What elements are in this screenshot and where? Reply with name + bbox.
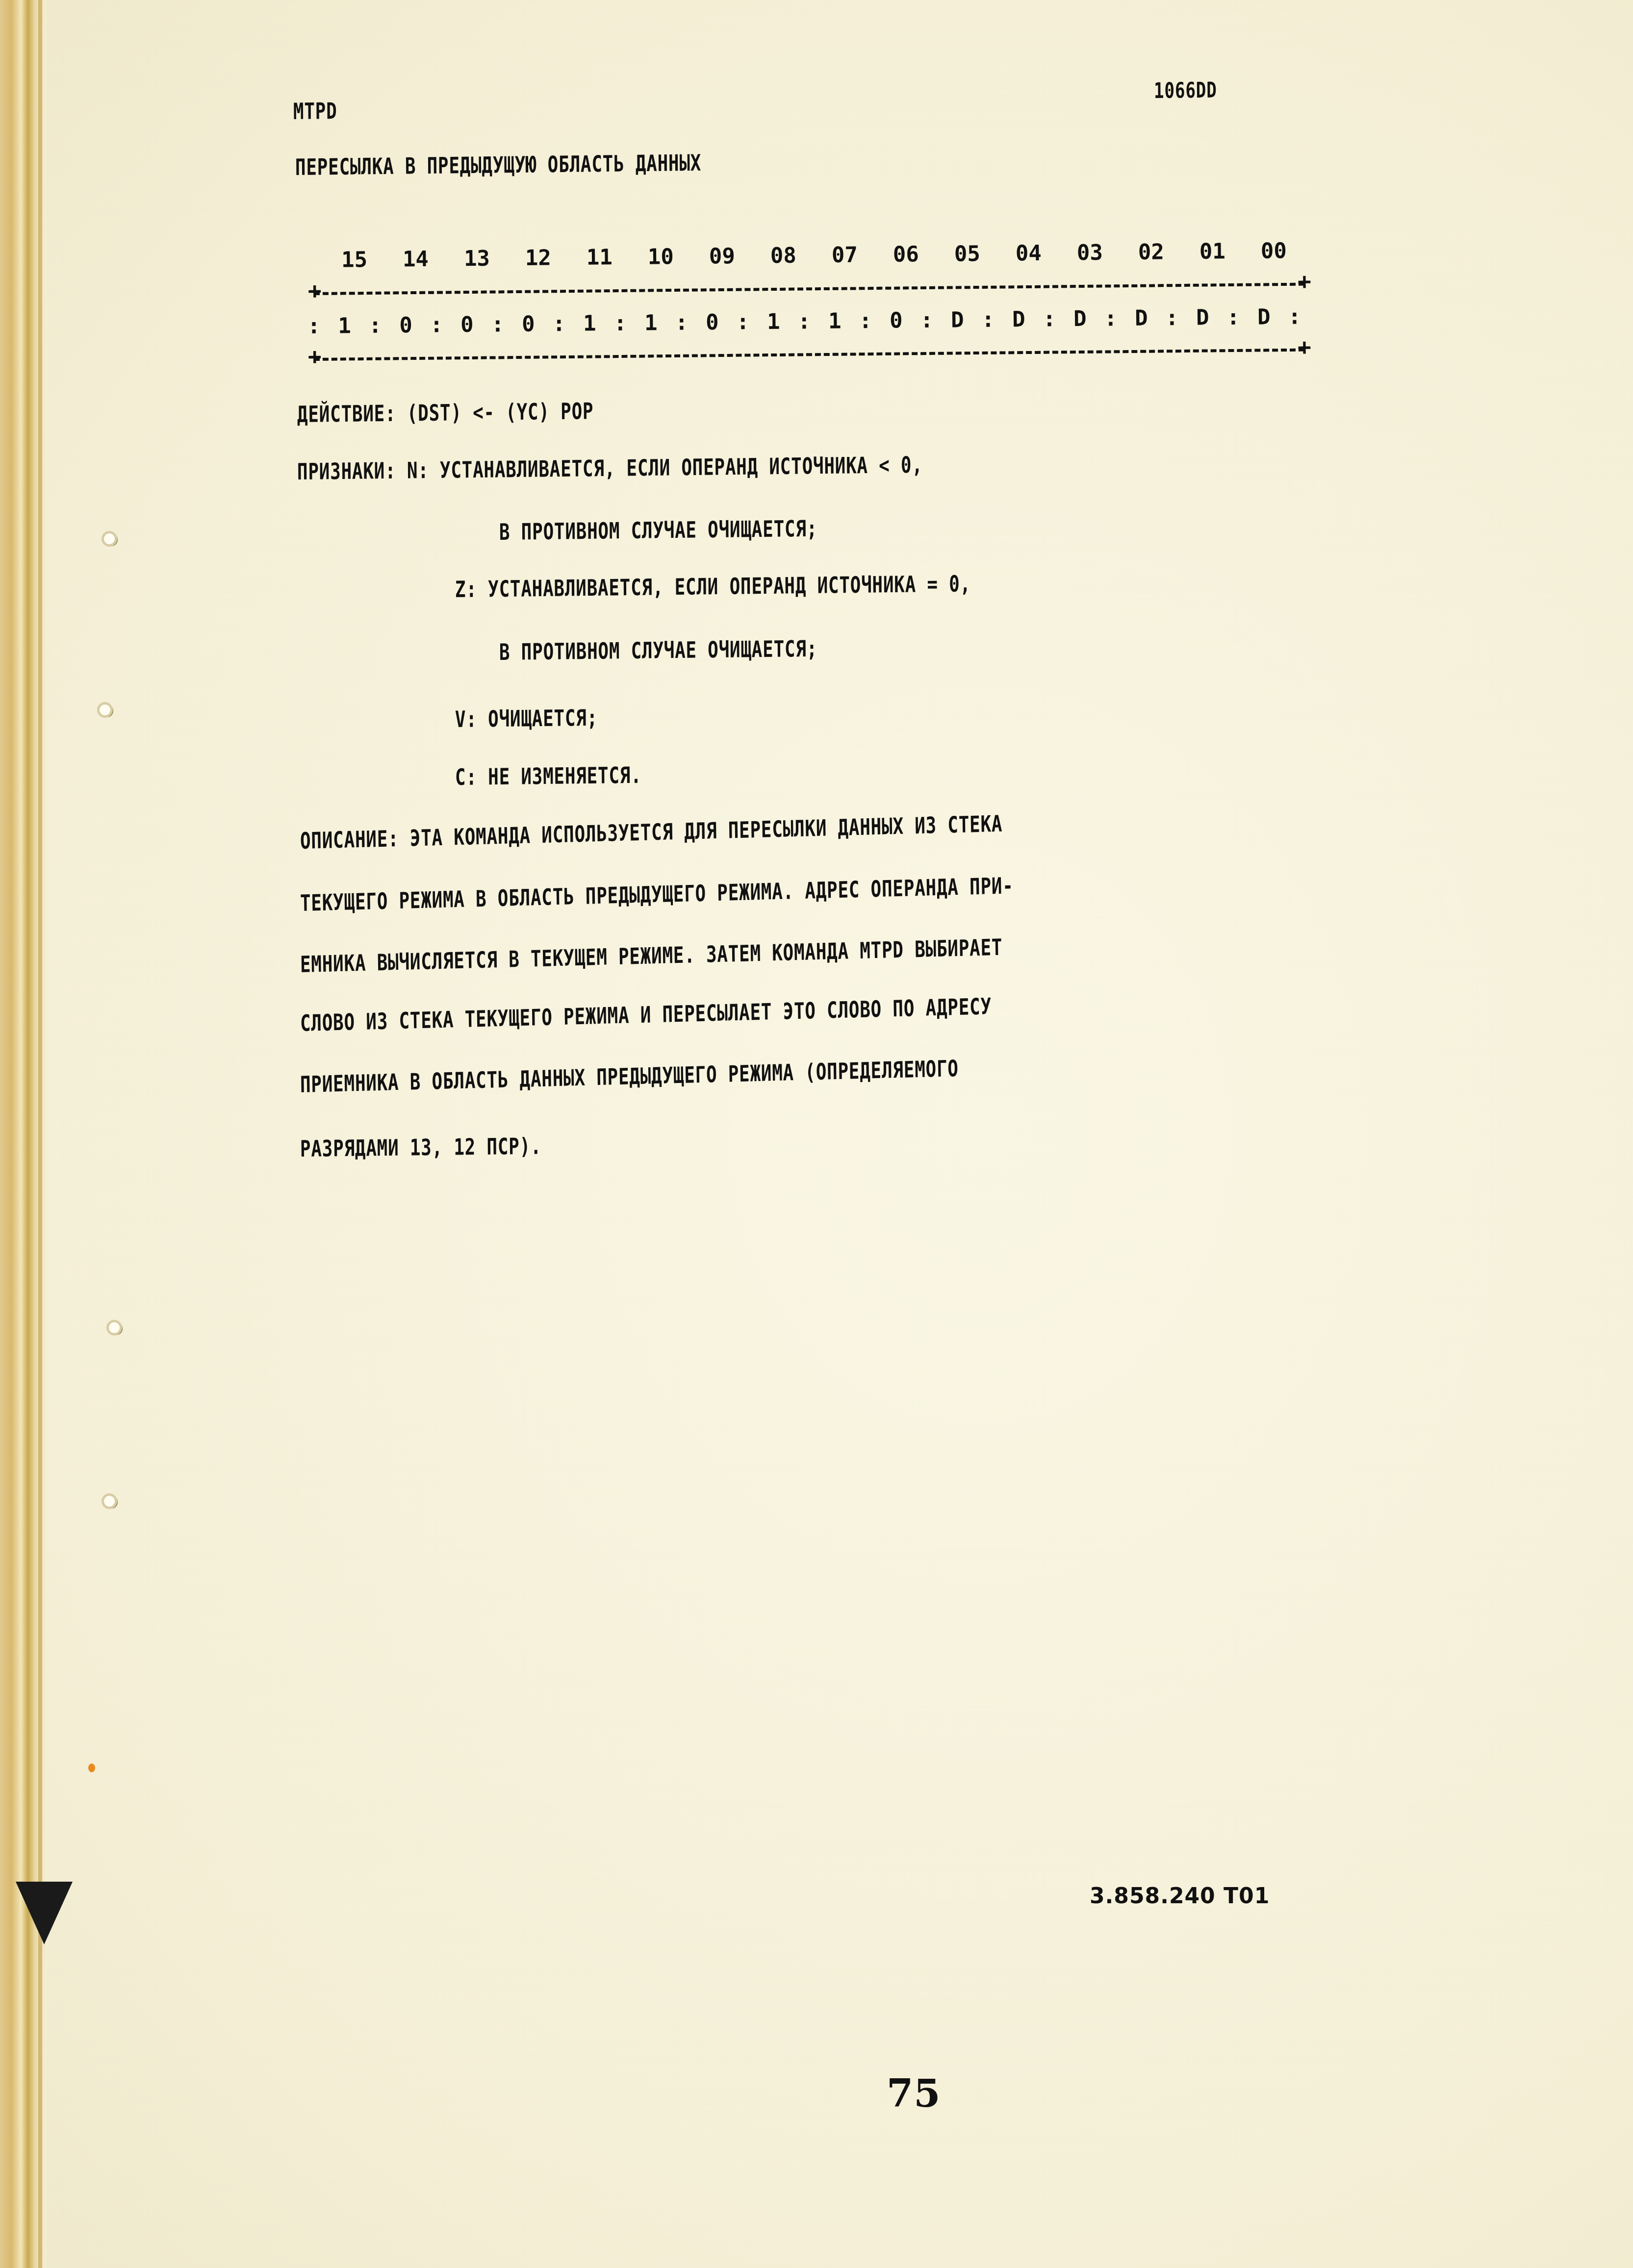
- bit-separator: :: [736, 309, 750, 334]
- bit-number: 10: [630, 244, 691, 270]
- action-label: ДЕЙСТВИЕ:: [297, 400, 396, 428]
- bit-separator: :: [1042, 306, 1057, 331]
- bit-number: 15: [324, 247, 385, 273]
- page-number: 75: [887, 2071, 941, 2116]
- bit-number: 03: [1059, 240, 1121, 265]
- punch-hole: [109, 1322, 120, 1333]
- bit-value: 1: [321, 313, 368, 339]
- page-title: ПЕРЕСЫЛКА В ПРЕДЫДУЩУЮ ОБЛАСТЬ ДАННЫХ: [295, 150, 701, 180]
- bit-separator: :: [490, 312, 505, 337]
- action-text: (DST) <- (YC) POP: [407, 398, 594, 426]
- punch-hole: [104, 533, 115, 544]
- bit-value: D: [1241, 304, 1287, 330]
- bit-number: 05: [937, 241, 998, 267]
- flag-c-text: C: НЕ ИЗМЕНЯЕТСЯ.: [455, 762, 642, 790]
- bit-number: 02: [1121, 239, 1182, 265]
- punch-hole: [100, 705, 110, 715]
- bit-value: 0: [383, 313, 429, 338]
- description-label: ОПИСАНИЕ:: [300, 825, 399, 854]
- bit-number: 04: [998, 241, 1059, 266]
- description-line-6: РАЗРЯДАМИ 13, 12 ПСР).: [300, 1133, 542, 1162]
- bit-separator: :: [429, 312, 444, 337]
- mnemonic: MTPD: [293, 98, 337, 125]
- bit-value: D: [1179, 305, 1226, 330]
- flag-z-cont: В ПРОТИВНОМ СЛУЧАЕ ОЧИЩАЕТСЯ;: [499, 635, 817, 665]
- punch-hole: [104, 1496, 115, 1507]
- bit-separator: :: [981, 307, 995, 332]
- bit-value: 0: [873, 308, 919, 333]
- flags-label: ПРИЗНАКИ:: [297, 457, 396, 485]
- bit-separator: :: [858, 308, 873, 333]
- bit-number: 00: [1243, 238, 1304, 264]
- flag-v-text: V: ОЧИЩАЕТСЯ;: [455, 705, 598, 732]
- bit-separator: :: [919, 308, 934, 333]
- bit-value: 0: [444, 312, 490, 337]
- bit-separator: :: [1103, 306, 1118, 331]
- bit-value: 0: [689, 310, 736, 335]
- bit-value: D: [1118, 305, 1165, 331]
- bit-value: 1: [566, 311, 613, 336]
- triangle-marker-icon: [16, 1882, 73, 1944]
- bit-separator: :: [1287, 304, 1302, 329]
- bit-number: 14: [385, 247, 446, 272]
- bit-separator: :: [1165, 305, 1179, 330]
- bit-value: 1: [628, 310, 674, 336]
- bit-value: 1: [812, 308, 858, 334]
- bit-number: 08: [753, 243, 814, 268]
- document-code: 3.858.240 Т01: [1090, 1884, 1270, 1909]
- stain-mark: [88, 1764, 95, 1772]
- bit-number: 06: [875, 242, 937, 267]
- action-line: ДЕЙСТВИЕ: (DST) <- (YC) POP: [297, 398, 594, 428]
- bit-value: 0: [505, 311, 552, 337]
- opcode: 1066DD: [1154, 78, 1217, 103]
- bit-number: 07: [814, 242, 875, 268]
- bit-separator: :: [368, 313, 383, 338]
- bit-value: D: [1057, 306, 1103, 331]
- page-background: [0, 0, 1633, 2268]
- bit-number: 13: [446, 246, 508, 271]
- bit-number: 01: [1182, 239, 1243, 264]
- bit-number: 09: [691, 244, 753, 269]
- flag-n-cont: В ПРОТИВНОМ СЛУЧАЕ ОЧИЩАЕТСЯ;: [499, 515, 817, 545]
- bit-number: 11: [569, 245, 630, 270]
- bit-value: D: [995, 307, 1042, 332]
- bit-separator: :: [1226, 305, 1241, 330]
- bit-separator: :: [613, 311, 628, 336]
- bit-number: 12: [508, 245, 569, 271]
- bit-separator: :: [797, 309, 812, 334]
- bit-separator: :: [674, 310, 689, 335]
- bit-value: D: [934, 307, 981, 333]
- bit-separator: :: [552, 311, 566, 336]
- bit-separator: :: [306, 314, 321, 339]
- bit-value: 1: [750, 309, 797, 334]
